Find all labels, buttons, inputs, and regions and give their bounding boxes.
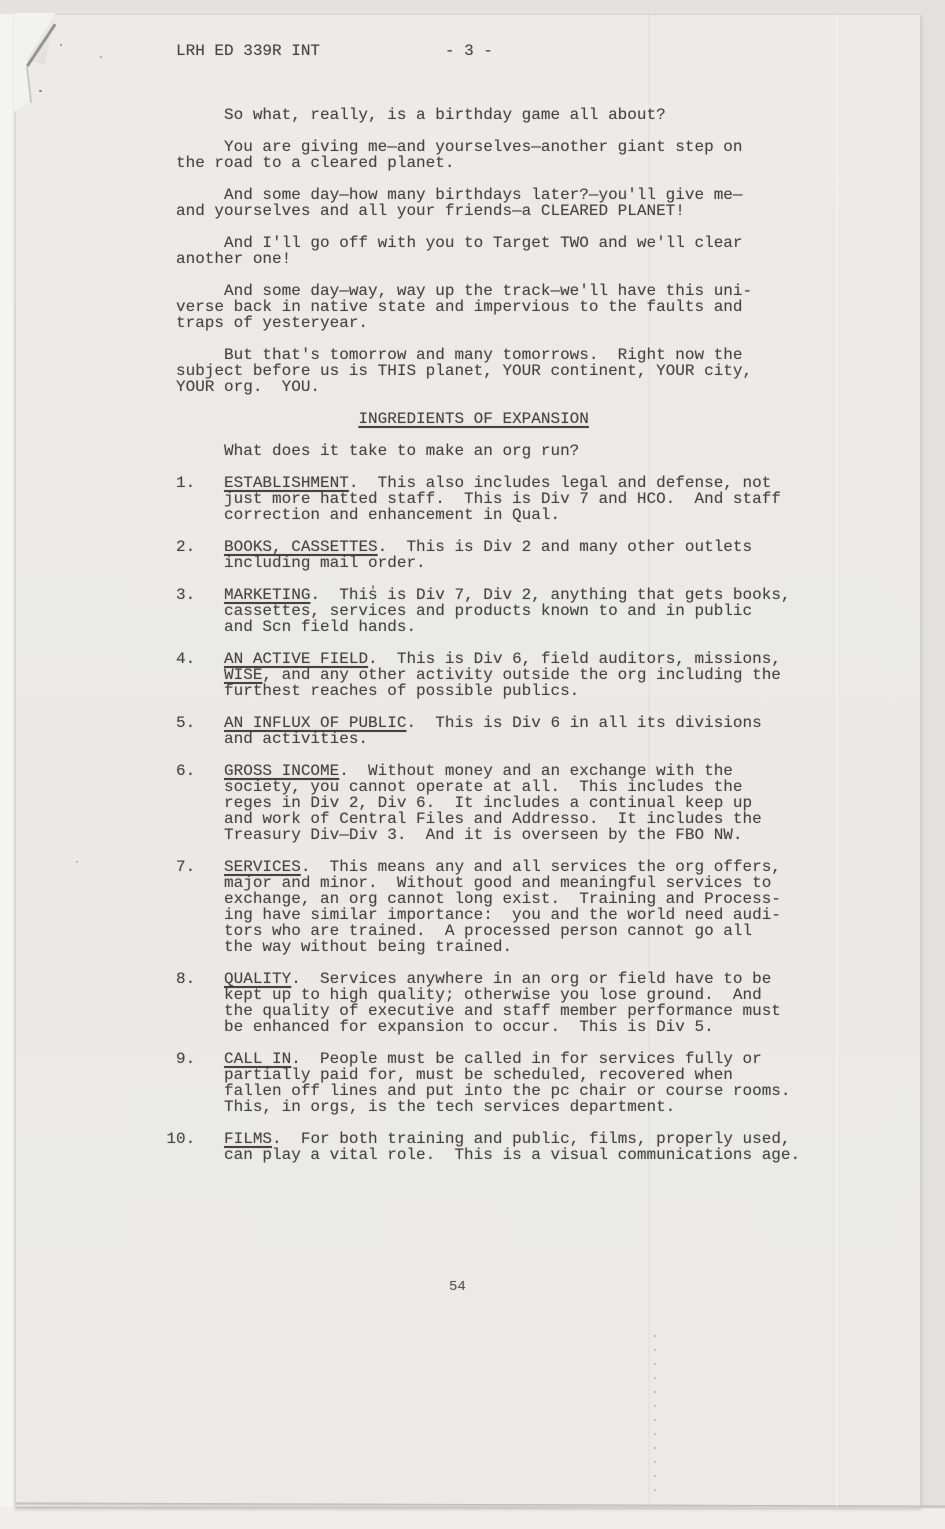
text-line: the way without being trained.	[176, 939, 800, 955]
page-number: 54	[449, 1280, 466, 1294]
text-line: kept up to high quality; otherwise you l…	[176, 987, 800, 1003]
text-line: society, you cannot operate at all. This…	[176, 779, 800, 795]
text-line: and activities.	[176, 731, 800, 747]
list-item: 10. FILMS. For both training and public,…	[166, 1131, 800, 1163]
text-run: Treasury Div—Div 3. And it is overseen b…	[176, 826, 743, 844]
list-item: 5. AN INFLUX OF PUBLIC. This is Div 6 in…	[176, 715, 800, 747]
list-item: 3. MARKETING. This is Div 7, Div 2, anyt…	[176, 587, 800, 635]
text-line: exchange, an org cannot long exist. Trai…	[176, 891, 800, 907]
text-line: But that's tomorrow and many tomorrows. …	[176, 347, 800, 363]
scan-background-bottom	[0, 1507, 945, 1529]
text-run: another one!	[176, 250, 291, 268]
text-line: 10. FILMS. For both training and public,…	[166, 1131, 800, 1147]
text-line: including mail order.	[176, 555, 800, 571]
text-run: So what, really, is a birthday game all …	[176, 106, 666, 124]
page-marker: - 3 -	[445, 42, 493, 60]
text-line: cassettes, services and products known t…	[176, 603, 800, 619]
text-run: correction and enhancement in Qual.	[176, 506, 560, 524]
text-line: can play a vital role. This is a visual …	[166, 1147, 800, 1163]
text-line: This, in orgs, is the tech services depa…	[176, 1099, 800, 1115]
text-line: just more hatted staff. This is Div 7 an…	[176, 491, 800, 507]
text-run: and yourselves and all your friends—a CL…	[176, 202, 685, 220]
text-line: LRH ED 339R INT - 3 -	[176, 43, 800, 59]
paragraph: You are giving me—and yourselves—another…	[176, 139, 800, 171]
text-run: can play a vital role. This is a visual …	[166, 1146, 800, 1164]
text-line: fallen off lines and put into the pc cha…	[176, 1083, 800, 1099]
text-run: . This is Div 2 and many other outlets	[378, 538, 752, 556]
text-line: another one!	[176, 251, 800, 267]
text-line: YOUR org. YOU.	[176, 379, 800, 395]
text-run: YOUR org. YOU.	[176, 378, 320, 396]
list-item: 9. CALL IN. People must be called in for…	[176, 1051, 800, 1115]
list-item: 1. ESTABLISHMENT. This also includes leg…	[176, 475, 800, 523]
text-line: 4. AN ACTIVE FIELD. This is Div 6, field…	[176, 651, 800, 667]
text-line: WISE, and any other activity outside the…	[176, 667, 800, 683]
underlined-title: INGREDIENTS OF EXPANSION	[358, 410, 588, 428]
list-item: 4. AN ACTIVE FIELD. This is Div 6, field…	[176, 651, 800, 699]
text-line: Treasury Div—Div 3. And it is overseen b…	[176, 827, 800, 843]
text-line: And some day—way, way up the track—we'll…	[176, 283, 800, 299]
text-run: and activities.	[176, 730, 368, 748]
text-run: What does it take to make an org run?	[176, 442, 579, 460]
text-line: furthest reaches of possible publics.	[176, 683, 800, 699]
text-line: the road to a cleared planet.	[176, 155, 800, 171]
text-line: What does it take to make an org run?	[176, 443, 800, 459]
paragraph: And I'll go off with you to Target TWO a…	[176, 235, 800, 267]
text-run: traps of yesteryear.	[176, 314, 368, 332]
text-line: partially paid for, must be scheduled, r…	[176, 1067, 800, 1083]
paragraph: And some day—way, way up the track—we'll…	[176, 283, 800, 331]
text-line: and yourselves and all your friends—a CL…	[176, 203, 800, 219]
text-run	[176, 410, 358, 428]
paragraph: So what, really, is a birthday game all …	[176, 107, 800, 123]
text-line: 9. CALL IN. People must be called in for…	[176, 1051, 800, 1067]
text-line: and Scn field hands.	[176, 619, 800, 635]
text-line: 5. AN INFLUX OF PUBLIC. This is Div 6 in…	[176, 715, 800, 731]
typewritten-text: LRH ED 339R INT - 3 - So what, really, i…	[176, 43, 800, 1179]
text-line: And I'll go off with you to Target TWO a…	[176, 235, 800, 251]
text-line: subject before us is THIS planet, YOUR c…	[176, 363, 800, 379]
scan-speck-trail	[654, 1335, 656, 1497]
scan-background-top	[0, 0, 945, 14]
list-item: 2. BOOKS, CASSETTES. This is Div 2 and m…	[176, 539, 800, 571]
paragraph: What does it take to make an org run?	[176, 443, 800, 459]
text-line: the quality of executive and staff membe…	[176, 1003, 800, 1019]
text-line: tors who are trained. A processed person…	[176, 923, 800, 939]
list-item: 8. QUALITY. Services anywhere in an org …	[176, 971, 800, 1035]
page-header: LRH ED 339R INT - 3 -	[176, 43, 800, 59]
text-line: 1. ESTABLISHMENT. This also includes leg…	[176, 475, 800, 491]
text-line: INGREDIENTS OF EXPANSION	[176, 411, 800, 427]
text-line: So what, really, is a birthday game all …	[176, 107, 800, 123]
scan-speck	[39, 90, 42, 92]
text-run: be enhanced for expansion to occur. This…	[176, 1018, 714, 1036]
list-item: 7. SERVICES. This means any and all serv…	[176, 859, 800, 955]
doc-id: LRH ED 339R INT	[176, 42, 320, 60]
text-line: and work of Central Files and Addresso. …	[176, 811, 800, 827]
text-line: ing have similar importance: you and the…	[176, 907, 800, 923]
text-line: 7. SERVICES. This means any and all serv…	[176, 859, 800, 875]
text-line: be enhanced for expansion to occur. This…	[176, 1019, 800, 1035]
text-run: furthest reaches of possible publics.	[176, 682, 579, 700]
text-run: This, in orgs, is the tech services depa…	[176, 1098, 675, 1116]
text-line: verse back in native state and imperviou…	[176, 299, 800, 315]
scan-speck	[100, 56, 102, 58]
list-item: 6. GROSS INCOME. Without money and an ex…	[176, 763, 800, 843]
text-line: 6. GROSS INCOME. Without money and an ex…	[176, 763, 800, 779]
text-line: And some day—how many birthdays later?—y…	[176, 187, 800, 203]
text-line: traps of yesteryear.	[176, 315, 800, 331]
text-line: You are giving me—and yourselves—another…	[176, 139, 800, 155]
text-run: and Scn field hands.	[176, 618, 416, 636]
scan-background-left	[0, 0, 15, 1529]
text-line: 2. BOOKS, CASSETTES. This is Div 2 and m…	[176, 539, 800, 555]
text-run: . This is Div 6 in all its divisions	[406, 714, 761, 732]
screenshot-root: LRH ED 339R INT - 3 - So what, really, i…	[0, 0, 945, 1529]
text-line: correction and enhancement in Qual.	[176, 507, 800, 523]
spacer	[320, 42, 445, 60]
text-line: reges in Div 2, Div 6. It includes a con…	[176, 795, 800, 811]
text-line: 3. MARKETING. This is Div 7, Div 2, anyt…	[176, 587, 800, 603]
text-line: 8. QUALITY. Services anywhere in an org …	[176, 971, 800, 987]
text-run: the way without being trained.	[176, 938, 512, 956]
scan-streak	[836, 14, 838, 1507]
paragraph: But that's tomorrow and many tomorrows. …	[176, 347, 800, 395]
text-line: major and minor. Without good and meanin…	[176, 875, 800, 891]
scan-speck	[60, 44, 62, 46]
section-heading: INGREDIENTS OF EXPANSION	[176, 411, 800, 427]
scan-background-right	[921, 0, 945, 1529]
paragraph: And some day—how many birthdays later?—y…	[176, 187, 800, 219]
text-run: the road to a cleared planet.	[176, 154, 454, 172]
scan-speck	[76, 861, 78, 863]
text-run: including mail order.	[176, 554, 426, 572]
